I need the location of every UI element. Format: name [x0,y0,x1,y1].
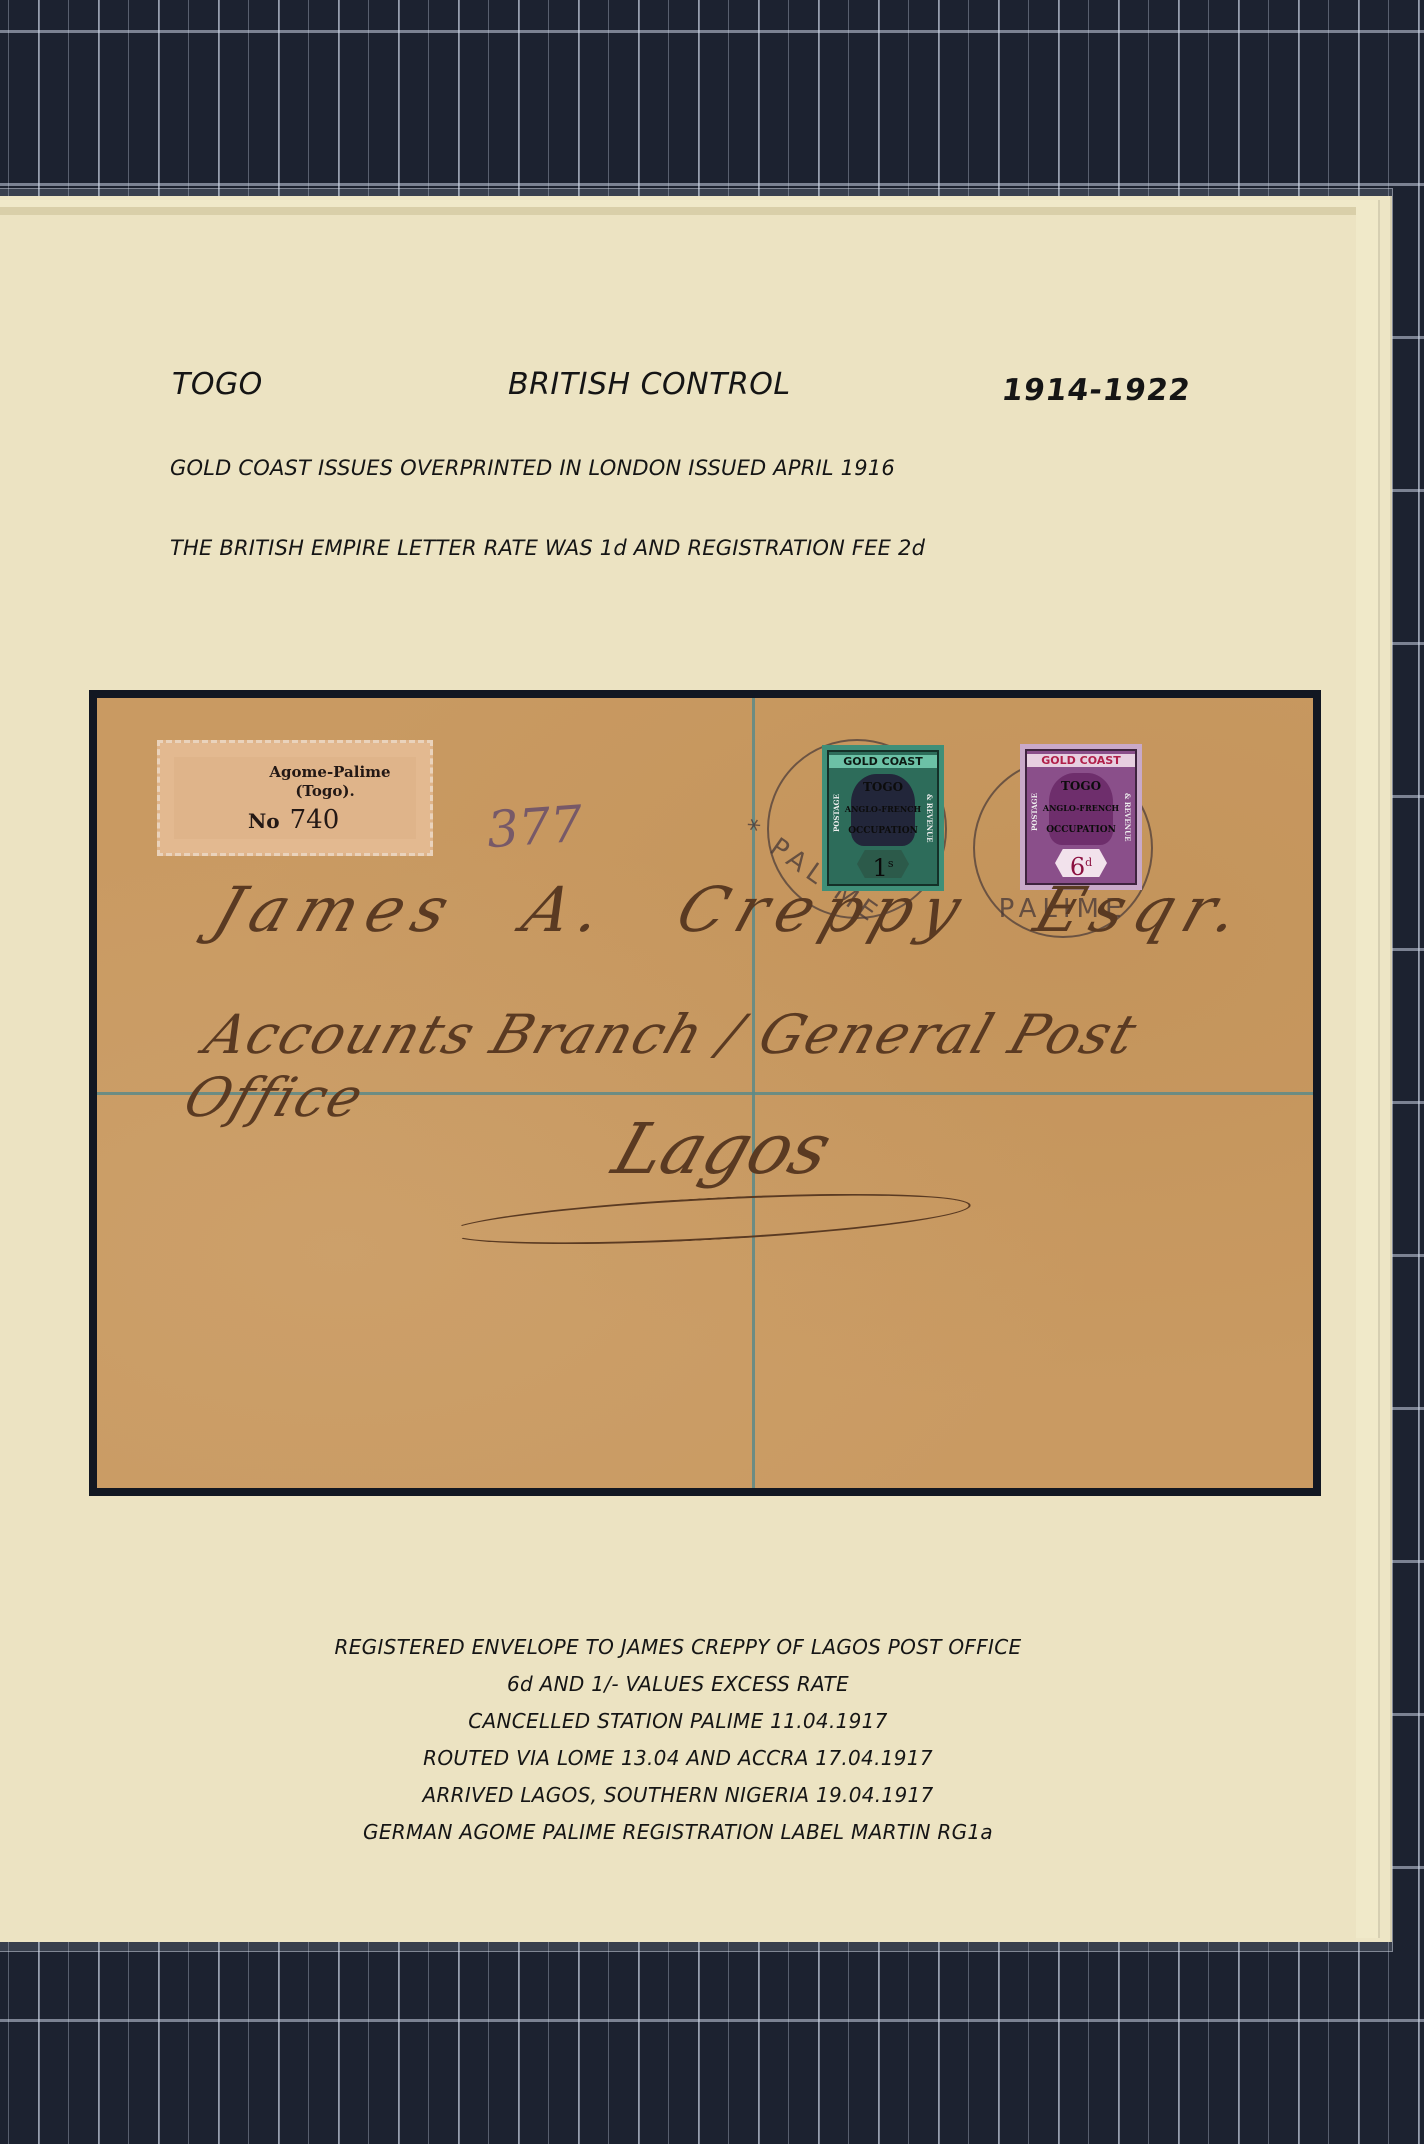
stamp-value-unit: s [888,857,894,870]
stamp-value-unit: d [1085,856,1092,869]
pencil-note: 377 [485,795,584,860]
caption-line: ARRIVED LAGOS, SOUTHERN NIGERIA 19.04.19… [0,1783,1356,1807]
stamp-overprint: ANGLO-FRENCH [829,804,937,814]
registration-number: No740 [248,805,339,835]
handwritten-underline-flourish [446,1184,971,1253]
intro-line: THE BRITISH EMPIRE LETTER RATE WAS 1d AN… [170,536,925,560]
registration-label: Agome-Palime (Togo). No740 [157,740,433,856]
caption-line: 6d AND 1/- VALUES EXCESS RATE [0,1672,1356,1696]
stamp-1s: GOLD COAST POSTAGE & REVENUE TOGO ANGLO-… [822,745,944,891]
stamp-overprint: OCCUPATION [829,826,937,836]
stamp-country: GOLD COAST [1027,754,1135,767]
album-page: TOGO BRITISH CONTROL 1914-1922 GOLD COAS… [0,207,1356,1940]
stamp-overprint: TOGO [1027,779,1135,793]
stamp-overprint: ANGLO-FRENCH [1027,803,1135,813]
number-sign: No [248,809,280,833]
caption-line: REGISTERED ENVELOPE TO JAMES CREPPY OF L… [0,1635,1356,1659]
header-country: TOGO [172,367,263,402]
header-section: BRITISH CONTROL [508,367,791,402]
registration-office: Agome-Palime [160,763,430,781]
caption-line: ROUTED VIA LOME 13.04 AND ACCRA 17.04.19… [0,1746,1356,1770]
handwritten-addressee: James A. Creppy Esqr. [205,873,1259,946]
stamp-overprint: TOGO [829,780,937,794]
stamp-overprint: OCCUPATION [1027,825,1135,835]
registration-number-value: 740 [290,805,340,835]
header-period: 1914-1922 [1000,373,1193,408]
envelope-mount: Agome-Palime (Togo). No740 377 * PALIME … [89,690,1321,1496]
intro-line: GOLD COAST ISSUES OVERPRINTED IN LONDON … [170,456,895,480]
registration-region: (Togo). [160,782,430,800]
registered-envelope: Agome-Palime (Togo). No740 377 * PALIME … [97,698,1313,1488]
stamp-6d: GOLD COAST POSTAGE & REVENUE TOGO ANGLO-… [1020,744,1142,890]
caption-line: GERMAN AGOME PALIME REGISTRATION LABEL M… [0,1820,1356,1844]
stamp-country: GOLD COAST [829,755,937,768]
handwritten-city: Lagos [604,1108,842,1190]
caption-line: CANCELLED STATION PALIME 11.04.1917 [0,1709,1356,1733]
